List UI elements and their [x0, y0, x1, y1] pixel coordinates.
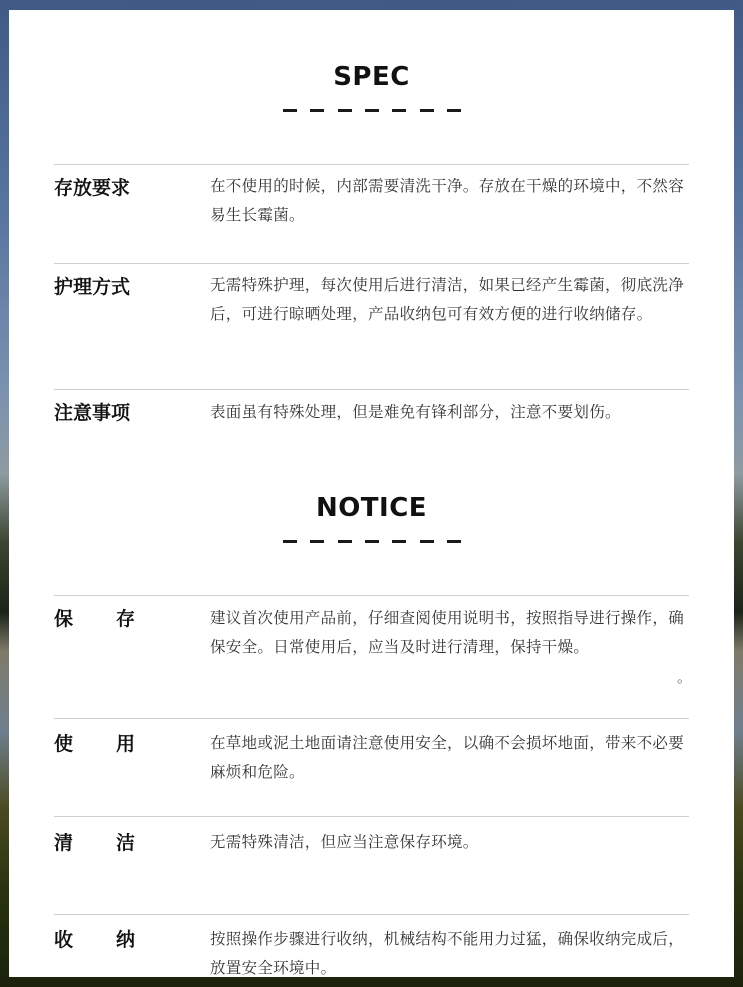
- spec-label-precautions: 注意事项: [54, 401, 135, 425]
- notice-dashes-divider: [283, 540, 461, 543]
- spec-body-storage-requirements: 在不使用的时候，内部需要清洗干净。存放在干燥的环境中，不然容易生长霉菌。: [210, 172, 690, 229]
- dash: [447, 109, 461, 112]
- spec-body-care-method: 无需特殊护理，每次使用后进行清洁，如果已经产生霉菌，彻底洗净后，可进行晾晒处理，…: [210, 271, 690, 328]
- spec-dashes-divider: [283, 109, 461, 112]
- notice-heading: NOTICE: [9, 493, 734, 523]
- dash: [420, 109, 434, 112]
- row-divider: [54, 164, 689, 165]
- row-divider: [54, 389, 689, 390]
- notice-body-use: 在草地或泥土地面请注意使用安全，以确不会损坏地面，带来不必要麻烦和危险。: [210, 729, 690, 786]
- dash: [338, 540, 352, 543]
- dash: [310, 109, 324, 112]
- spec-label-storage-requirements: 存放要求: [54, 176, 135, 200]
- dash: [283, 540, 297, 543]
- label-char: 清: [54, 831, 73, 855]
- label-char: 保: [54, 607, 73, 631]
- label-char: 存: [116, 607, 135, 631]
- label-text: 注意事项: [54, 401, 130, 425]
- row-divider: [54, 914, 689, 915]
- notice-body-packing: 按照操作步骤进行收纳，机械结构不能用力过猛，确保收纳完成后，放置安全环境中。: [210, 925, 690, 982]
- row-divider: [54, 263, 689, 264]
- label-char: 用: [116, 732, 135, 756]
- label-text: 存放要求: [54, 176, 130, 200]
- dash: [447, 540, 461, 543]
- dash: [392, 540, 406, 543]
- label-text: 护理方式: [54, 275, 130, 299]
- spec-notice-card: SPEC 存放要求 在不使用的时候，内部需要清洗干净。存放在干燥的环境中，不然容…: [9, 10, 734, 977]
- spec-label-care-method: 护理方式: [54, 275, 135, 299]
- dash: [283, 109, 297, 112]
- notice-body-storage: 建议首次使用产品前，仔细查阅使用说明书，按照指导进行操作，确保安全。日常使用后，…: [210, 604, 690, 661]
- label-char: 纳: [116, 928, 135, 952]
- row-divider: [54, 816, 689, 817]
- dash: [420, 540, 434, 543]
- dash: [365, 540, 379, 543]
- dash: [365, 109, 379, 112]
- dash: [392, 109, 406, 112]
- row-divider: [54, 718, 689, 719]
- label-char: 收: [54, 928, 73, 952]
- spec-body-precautions: 表面虽有特殊处理，但是难免有锋利部分，注意不要划伤。: [210, 398, 690, 427]
- notice-label-cleaning: 清 洁: [54, 831, 135, 855]
- row-divider: [54, 595, 689, 596]
- stray-period: 。: [677, 666, 692, 687]
- label-char: 洁: [116, 831, 135, 855]
- label-char: 使: [54, 732, 73, 756]
- notice-label-packing: 收 纳: [54, 928, 135, 952]
- notice-body-cleaning: 无需特殊清洁，但应当注意保存环境。: [210, 828, 690, 857]
- notice-label-use: 使 用: [54, 732, 135, 756]
- spec-heading: SPEC: [9, 62, 734, 92]
- notice-label-storage: 保 存: [54, 607, 135, 631]
- dash: [310, 540, 324, 543]
- dash: [338, 109, 352, 112]
